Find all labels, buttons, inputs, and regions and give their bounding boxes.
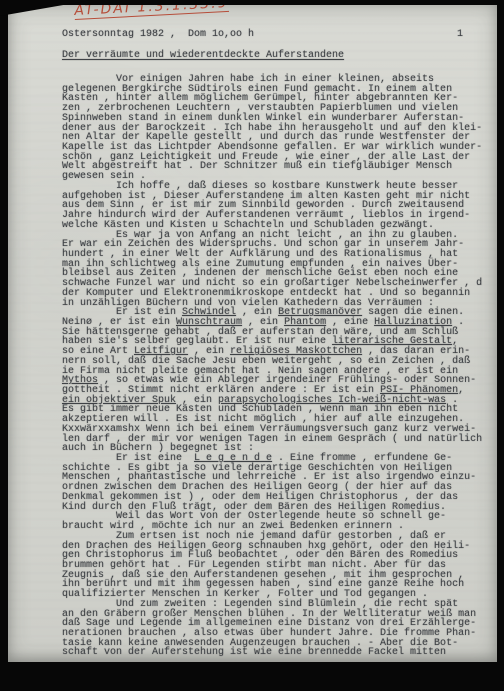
- scanned-document-photo: AT-DAI 1.3.1.33.9 Ostersonntag 1982 , Do…: [0, 0, 504, 691]
- document-title: Der verräumte und wiederentdeckte Aufers…: [62, 50, 344, 61]
- page-header: Ostersonntag 1982 , Dom 1o,oo h 1: [62, 29, 495, 40]
- date-location-line: Ostersonntag 1982 , Dom 1o,oo h: [62, 29, 254, 40]
- document-body: Vor einigen Jahren habe ich in einer kle…: [62, 75, 498, 658]
- document-line: schaft von der Auferstehung ist wie eine…: [62, 648, 498, 658]
- typewritten-page: AT-DAI 1.3.1.33.9 Ostersonntag 1982 , Do…: [8, 5, 497, 662]
- page-number: 1: [457, 29, 495, 40]
